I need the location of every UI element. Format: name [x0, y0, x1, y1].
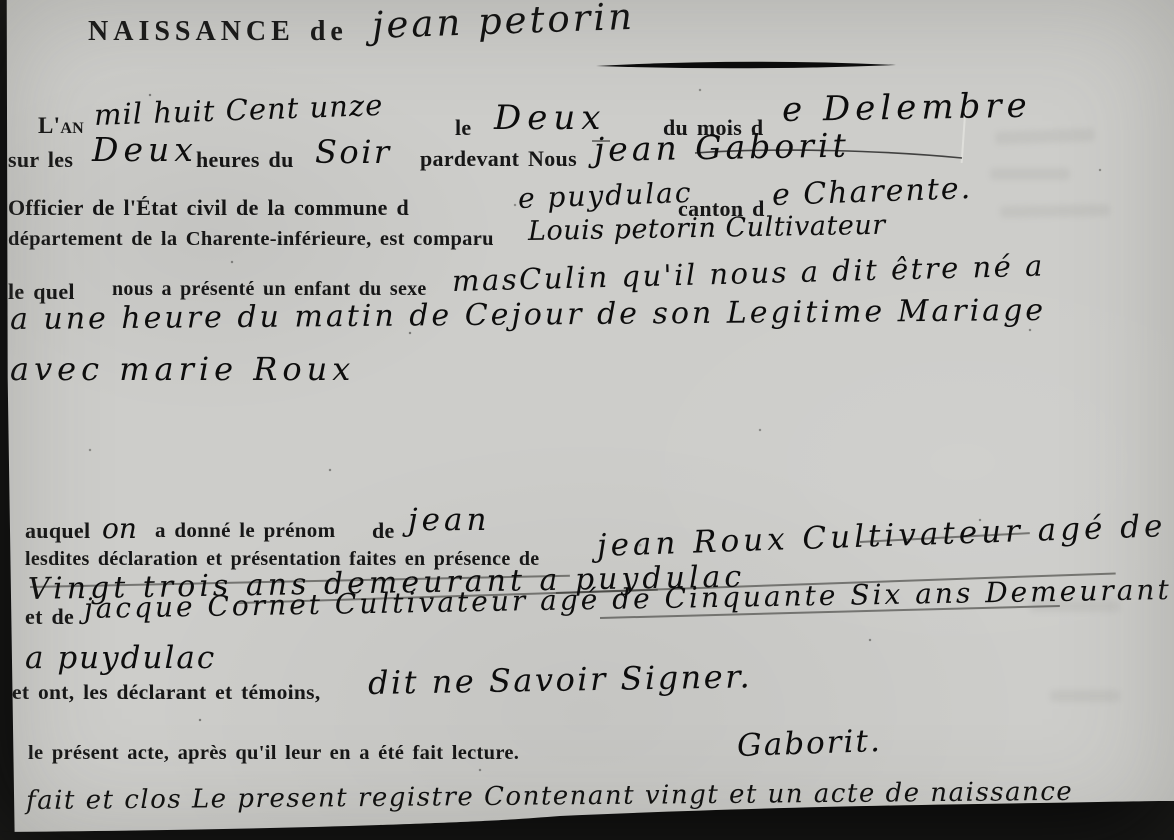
officier-label: Officier de l'État civil de la commune d	[8, 195, 409, 221]
an-label: L'an	[38, 113, 84, 139]
auquel-label: auquel	[25, 518, 90, 544]
title-underline-stroke	[596, 60, 896, 72]
heures-du-label: heures du	[196, 147, 294, 173]
mother-handwritten: avec marie Roux	[10, 350, 355, 388]
savoir-signer-handwritten: dit ne Savoir Signer.	[368, 657, 753, 702]
period-handwritten: Soir	[315, 133, 392, 171]
commune-handwritten: e puydulac	[517, 176, 693, 215]
hour-handwritten: Deux	[92, 130, 198, 169]
register-page: NAISSANCE de jean petorin L'an mil huit …	[0, 0, 1174, 840]
title-name-handwritten: jean petorin	[371, 0, 635, 47]
title-printed: NAISSANCE de	[88, 16, 348, 48]
officer-name-handwritten: jean Gaborit	[594, 126, 850, 169]
first-name-handwritten: jean	[408, 502, 490, 538]
presente-label: nous a présenté un enfant du sexe	[112, 278, 427, 301]
pardevant-label: pardevant Nous	[420, 146, 577, 172]
ghost-smudge	[1050, 690, 1120, 702]
departement-label: département de la Charente-inférieure, e…	[8, 228, 494, 251]
donne-label: a donné le prénom	[155, 518, 335, 543]
left-edge-scan-artifact	[0, 0, 16, 840]
le-label: le	[455, 115, 471, 141]
ghost-smudge	[990, 168, 1070, 180]
year-handwritten: mil huit Cent unze	[93, 88, 383, 132]
officer-signature-handwritten: Gaborit.	[736, 723, 882, 764]
et-de-label: et de	[25, 604, 74, 630]
canton-handwritten: e Charente.	[771, 171, 972, 213]
ghost-smudge	[995, 128, 1095, 144]
on-handwritten: on	[102, 512, 137, 545]
declarant-handwritten: Louis petorin Cultivateur	[528, 210, 886, 247]
de-label: de	[372, 518, 395, 544]
witness2-cont-handwritten: a puydulac	[25, 640, 216, 676]
lecture-label: le présent acte, après qu'il leur en a é…	[28, 742, 519, 765]
month-handwritten: e Delembre	[782, 86, 1032, 130]
et-ont-label: et ont, les déclarant et témoins,	[12, 680, 321, 705]
day-handwritten: Deux	[494, 98, 606, 138]
ghost-smudge	[1000, 204, 1110, 218]
witness1-handwritten: jean Roux Cultivateur agé de	[596, 508, 1167, 564]
sex-birth-handwritten: masCulin qu'il nous a dit être né a	[452, 248, 1046, 298]
sur-les-label: sur les	[8, 147, 73, 173]
closing-mention-handwritten: fait et clos Le present registre Contena…	[26, 777, 1074, 816]
